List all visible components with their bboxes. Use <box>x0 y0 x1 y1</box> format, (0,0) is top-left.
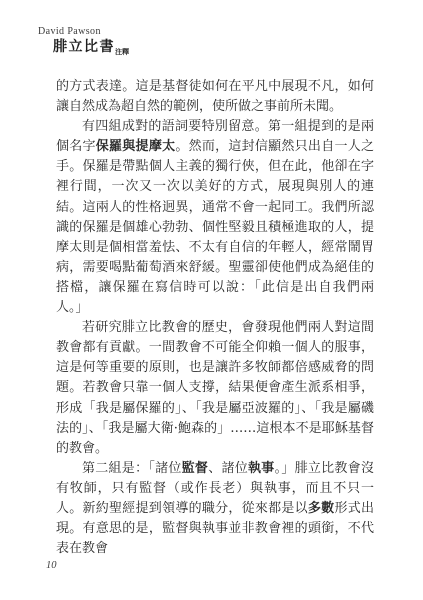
text-run-bold: 保羅與提摩太 <box>96 139 176 154</box>
page-header: David Pawson 腓立比書注釋 <box>38 26 129 56</box>
book-page: David Pawson 腓立比書注釋 的方式表達。這是基督徒如何在平凡中展現不… <box>0 0 423 600</box>
text-run-bold: 執事 <box>248 461 275 476</box>
text-run-bold: 監督 <box>182 461 209 476</box>
book-title-text: 腓立比書 <box>53 39 115 55</box>
text-run-bold: 多數 <box>308 501 335 516</box>
text-run: 、諸位 <box>208 461 248 476</box>
page-number: 10 <box>46 560 57 571</box>
paragraph-church-history: 若研究腓立比教會的歷史，會發現他們兩人對這間教會都有貢獻。一間教會不可能全仰賴一… <box>56 318 374 459</box>
author-name: David Pawson <box>38 26 129 38</box>
paragraph-first-pair: 有四組成對的語詞要特別留意。第一組提到的是兩個名字保羅與提摩太。然而，這封信顯然… <box>56 117 374 318</box>
paragraph-second-pair: 第二組是：「諸位監督、諸位執事。」腓立比教會沒有牧師，只有監督（或作長老）與執事… <box>56 459 374 559</box>
text-run: 的方式表達。這是基督徒如何在平凡中展現不凡，如何讓自然成為超自然的範例，使所做之… <box>56 79 374 114</box>
paragraph-continued: 的方式表達。這是基督徒如何在平凡中展現不凡，如何讓自然成為超自然的範例，使所做之… <box>56 77 374 117</box>
text-run: 若研究腓立比教會的歷史，會發現他們兩人對這間教會都有貢獻。一間教會不可能全仰賴一… <box>56 320 374 456</box>
book-title: 腓立比書注釋 <box>38 39 129 56</box>
body-text: 的方式表達。這是基督徒如何在平凡中展現不凡，如何讓自然成為超自然的範例，使所做之… <box>56 77 374 559</box>
text-run: 。然而，這封信顯然只出自一人之手。保羅是帶點個人主義的獨行俠，但在此，他卻在字裡… <box>56 139 374 315</box>
title-suffix: 注釋 <box>115 47 129 56</box>
text-run: 第二組是：「諸位 <box>82 461 182 476</box>
